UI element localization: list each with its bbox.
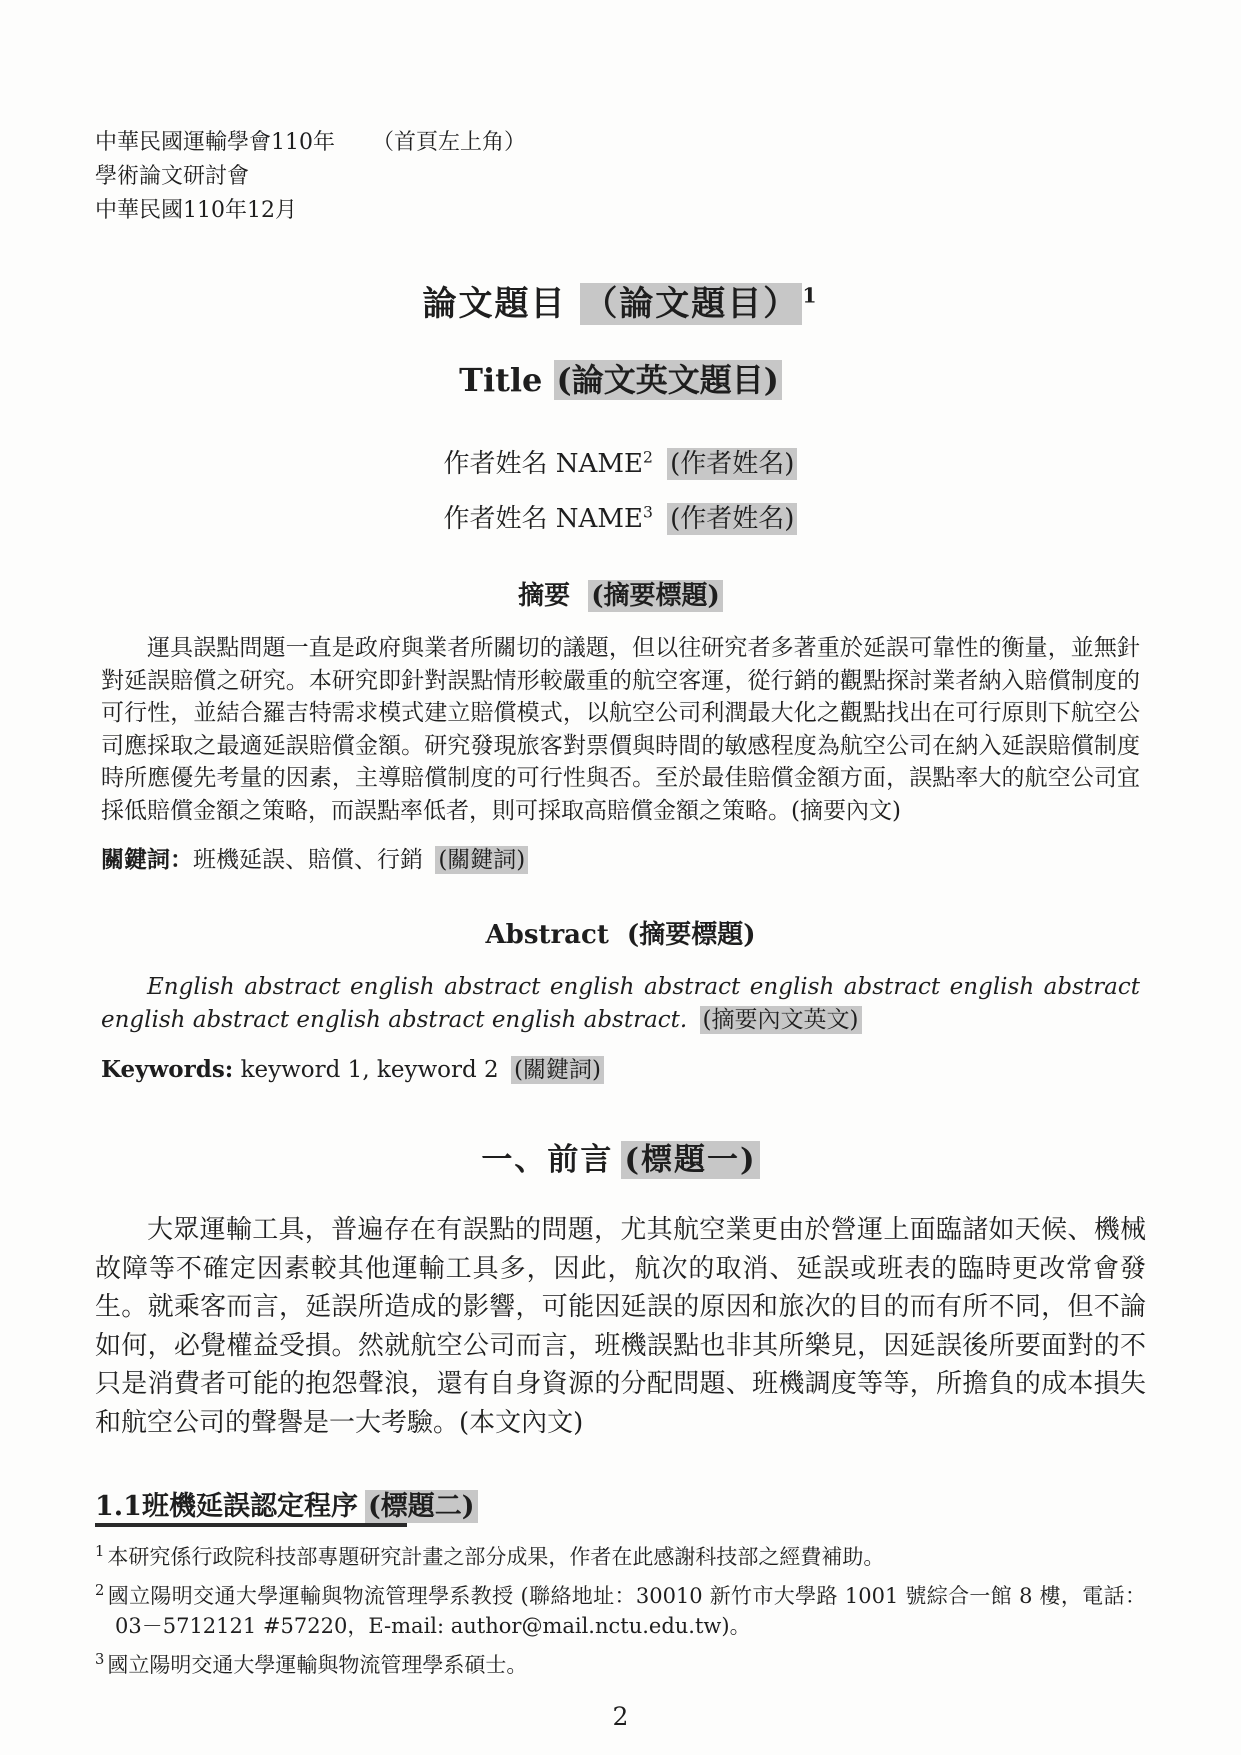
society-name: 中華民國運輸學會110年 xyxy=(95,130,335,155)
keywords-en-values: keyword 1, keyword 2 xyxy=(233,1057,498,1083)
keywords-en-label: Keywords: xyxy=(101,1056,233,1083)
footnote-2-text: 國立陽明交通大學運輸與物流管理學系教授 (聯絡地址：30010 新竹市大學路 1… xyxy=(107,1584,1146,1638)
page-number: 2 xyxy=(95,1702,1146,1731)
header-line-2: 學術論文研討會 xyxy=(95,160,1146,194)
section-1-heading: 一、前言(標題一) xyxy=(95,1134,1146,1179)
section-1-body-note: (本文內文) xyxy=(459,1408,583,1438)
footnote-2: 2國立陽明交通大學運輸與物流管理學系教授 (聯絡地址：30010 新竹市大學路 … xyxy=(95,1576,1146,1641)
abstract-en-body: English abstract english abstract englis… xyxy=(101,971,1140,1037)
footnote-3-text: 國立陽明交通大學運輸與物流管理學系碩士。 xyxy=(107,1653,527,1677)
keywords-en-line: Keywords: keyword 1, keyword 2 (關鍵詞) xyxy=(101,1051,1140,1084)
abstract-zh-body: 運具誤點問題一直是政府與業者所關切的議題，但以往研究者多著重於延誤可靠性的衡量，… xyxy=(101,632,1140,827)
abstract-en-body-placeholder: (摘要內文英文) xyxy=(700,1006,862,1034)
abstract-zh-text: 運具誤點問題一直是政府與業者所關切的議題，但以往研究者多著重於延誤可靠性的衡量，… xyxy=(101,635,1140,824)
subsection-1-1-placeholder: (標題二) xyxy=(365,1490,478,1523)
section-1-heading-label: 一、前言 xyxy=(481,1142,613,1178)
subsection-1-1-heading: 1.1班機延誤認定程序(標題二) xyxy=(95,1484,1146,1523)
paper-title-en: Title (論文英文題目) xyxy=(95,355,1146,401)
author-1-name: 作者姓名 NAME xyxy=(444,449,643,479)
author-2-placeholder: (作者姓名) xyxy=(667,503,797,535)
title-zh-placeholder: （論文題目） xyxy=(580,283,802,325)
corner-position-note: （首頁左上角） xyxy=(372,126,526,160)
footnote-2-marker: 2 xyxy=(95,1582,104,1599)
keywords-zh-label: 關鍵詞： xyxy=(101,846,193,873)
author-1-placeholder: (作者姓名) xyxy=(667,448,797,480)
abstract-en-heading-label: Abstract xyxy=(485,920,608,950)
footnote-1-marker: 1 xyxy=(95,1543,104,1560)
keywords-zh-placeholder: (關鍵詞) xyxy=(435,846,528,874)
document-page: 中華民國運輸學會110年 （首頁左上角） 學術論文研討會 中華民國110年12月… xyxy=(0,0,1241,1755)
author-line-2: 作者姓名 NAME3 (作者姓名) xyxy=(95,498,1146,535)
section-1-body: 大眾運輸工具，普遍存在有誤點的問題，尤其航空業更由於營運上面臨諸如天候、機械故障… xyxy=(95,1211,1146,1442)
footnote-area: 1本研究係行政院科技部專題研究計畫之部分成果，作者在此感謝科技部之經費補助。 2… xyxy=(95,1523,1146,1680)
title-en-placeholder: (論文英文題目) xyxy=(554,360,782,400)
abstract-en-heading-placeholder: (摘要標題) xyxy=(627,920,756,950)
paper-title-zh: 論文題目 （論文題目）1 xyxy=(95,276,1146,325)
abstract-zh-heading-label: 摘要 xyxy=(518,581,570,611)
page-header: 中華民國運輸學會110年 （首頁左上角） 學術論文研討會 中華民國110年12月 xyxy=(95,126,1146,228)
author-2-name: 作者姓名 NAME xyxy=(444,504,643,534)
header-line-3: 中華民國110年12月 xyxy=(95,194,1146,228)
author-2-footnote-ref: 3 xyxy=(643,503,653,521)
footnote-1: 1本研究係行政院科技部專題研究計畫之部分成果，作者在此感謝科技部之經費補助。 xyxy=(95,1537,1146,1572)
keywords-en-placeholder: (關鍵詞) xyxy=(511,1056,604,1084)
subsection-1-1-label: 1.1班機延誤認定程序 xyxy=(95,1491,358,1522)
footnote-3: 3國立陽明交通大學運輸與物流管理學系碩士。 xyxy=(95,1645,1146,1680)
keywords-zh-line: 關鍵詞：班機延誤、賠償、行銷 (關鍵詞) xyxy=(101,841,1140,874)
abstract-en-heading: Abstract (摘要標題) xyxy=(95,914,1146,951)
title-en-label: Title xyxy=(459,361,542,399)
author-line-1: 作者姓名 NAME2 (作者姓名) xyxy=(95,443,1146,480)
footnote-separator-rule xyxy=(95,1523,407,1527)
abstract-zh-body-note: (摘要內文) xyxy=(791,798,901,824)
abstract-zh-heading-placeholder: (摘要標題) xyxy=(588,580,723,612)
header-line-1: 中華民國運輸學會110年 （首頁左上角） xyxy=(95,126,1146,160)
footnote-1-text: 本研究係行政院科技部專題研究計畫之部分成果，作者在此感謝科技部之經費補助。 xyxy=(107,1545,884,1569)
title-zh-label: 論文題目 xyxy=(422,284,566,324)
abstract-en-text: English abstract english abstract englis… xyxy=(101,974,1140,1033)
keywords-zh-values: 班機延誤、賠償、行銷 xyxy=(193,847,423,873)
section-1-text: 大眾運輸工具，普遍存在有誤點的問題，尤其航空業更由於營運上面臨諸如天候、機械故障… xyxy=(95,1215,1146,1438)
abstract-zh-heading: 摘要 (摘要標題) xyxy=(95,575,1146,612)
section-1-heading-placeholder: (標題一) xyxy=(621,1141,759,1179)
footnote-3-marker: 3 xyxy=(95,1651,104,1668)
title-footnote-ref: 1 xyxy=(802,284,818,308)
author-1-footnote-ref: 2 xyxy=(643,448,653,466)
